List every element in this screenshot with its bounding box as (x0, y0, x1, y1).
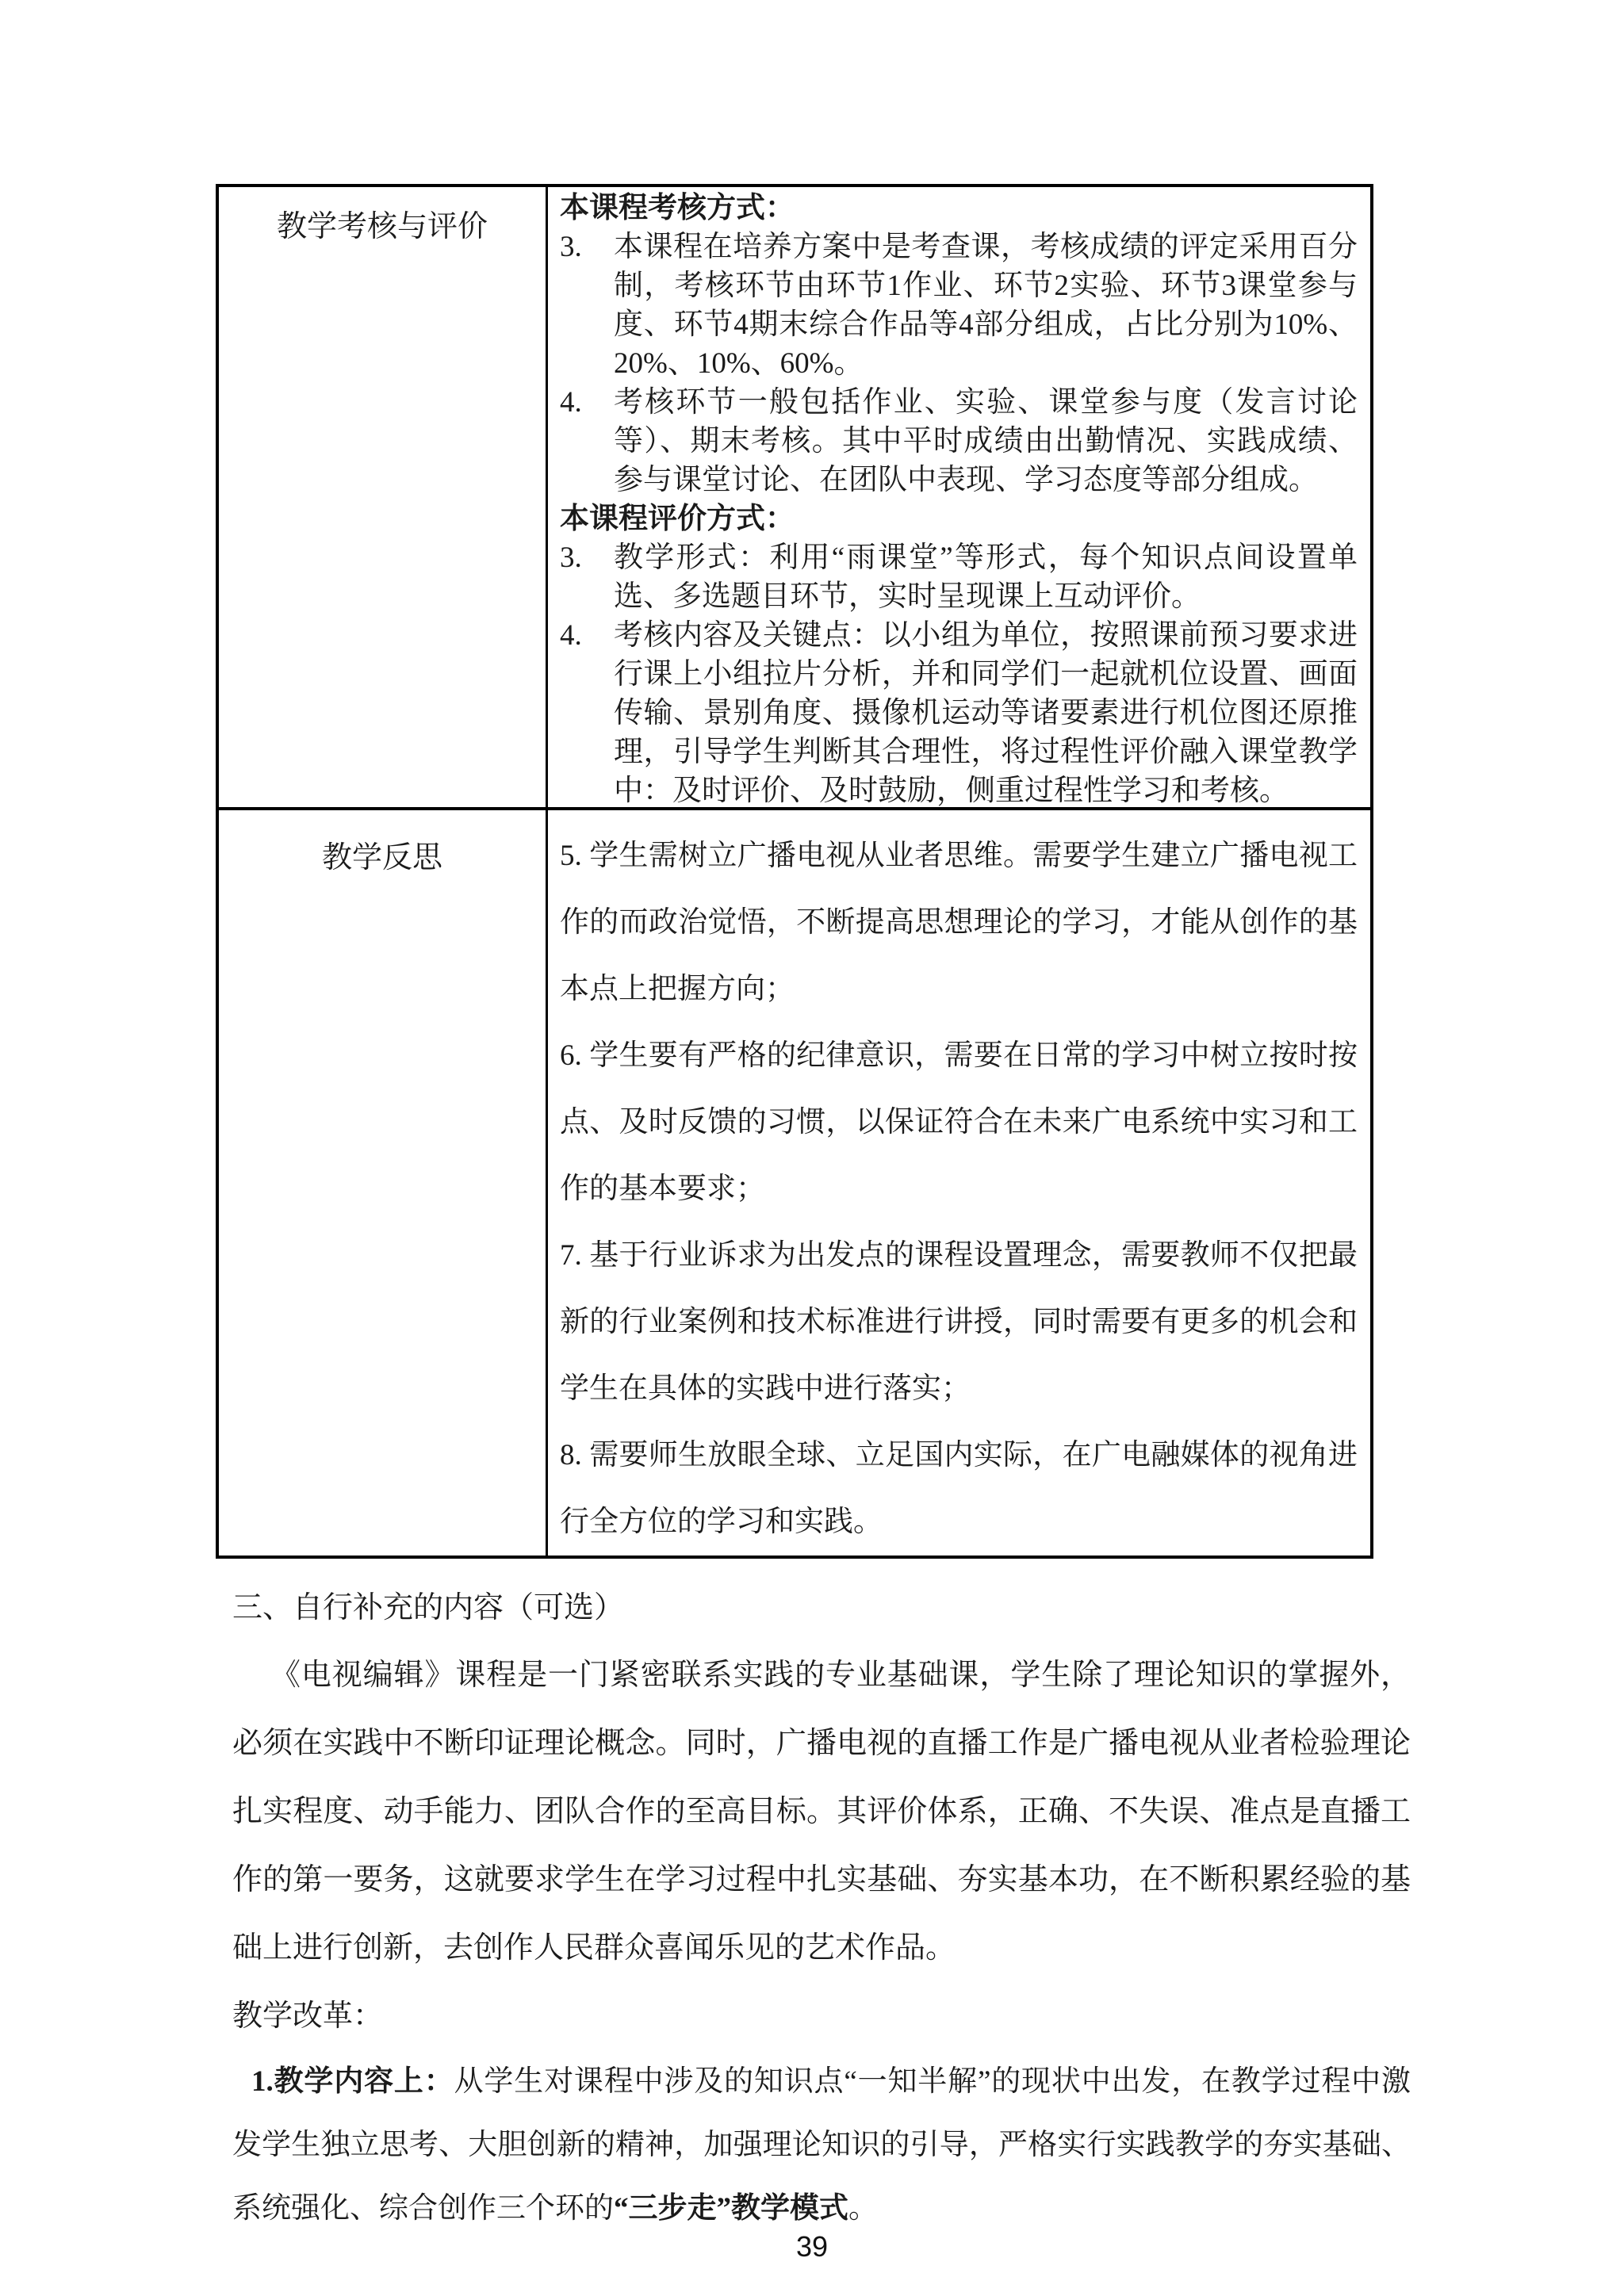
reform-item-bold-tail: “三步走”教学模式 (614, 2192, 848, 2225)
reflection-paragraph: 5. 学生需树立广播电视从业者思维。需要学生建立广播电视工作的而政治觉悟，不断提… (560, 823, 1358, 1023)
section-paragraph: 《电视编辑》课程是一门紧密联系实践的专业基础课，学生除了理论知识的掌握外，必须在… (232, 1641, 1411, 1982)
list-item-text: 考核内容及关键点：以小组为单位，按照课前预习要求进行课上小组拉片分析，并和同学们… (614, 616, 1358, 807)
table-row-assessment: 教学考核与评价 本课程考核方式： 3. 本课程在培养方案中是考查课，考核成绩的评… (219, 187, 1370, 810)
course-assessment-table: 教学考核与评价 本课程考核方式： 3. 本课程在培养方案中是考查课，考核成绩的评… (216, 184, 1373, 1559)
list-item: 4. 考核内容及关键点：以小组为单位，按照课前预习要求进行课上小组拉片分析，并和… (560, 616, 1358, 807)
reflection-paragraph: 8. 需要师生放眼全球、立足国内实际，在广电融媒体的视角进行全方位的学习和实践。 (560, 1422, 1358, 1556)
table-label-reflection: 教学反思 (219, 810, 548, 1556)
reform-item-period: 。 (848, 2192, 878, 2225)
table-content-assessment: 本课程考核方式： 3. 本课程在培养方案中是考查课，考核成绩的评定采用百分制，考… (548, 187, 1370, 807)
list-item-text: 考核环节一般包括作业、实验、课堂参与度（发言讨论等）、期末考核。其中平时成绩由出… (614, 383, 1358, 499)
list-item-number: 4. (560, 616, 614, 807)
list-item-text: 教学形式：利用“雨课堂”等形式，每个知识点间设置单选、多选题目环节，实时呈现课上… (614, 538, 1358, 616)
assessment-method-heading: 本课程考核方式： (560, 189, 1358, 228)
reflection-label-text: 教学反思 (322, 841, 442, 874)
page-number: 39 (0, 2225, 1624, 2269)
list-item: 3. 本课程在培养方案中是考查课，考核成绩的评定采用百分制，考核环节由环节1作业… (560, 228, 1358, 383)
table-label-assessment: 教学考核与评价 (219, 187, 548, 807)
table-content-reflection: 5. 学生需树立广播电视从业者思维。需要学生建立广播电视工作的而政治觉悟，不断提… (548, 810, 1370, 1556)
list-item: 3. 教学形式：利用“雨课堂”等形式，每个知识点间设置单选、多选题目环节，实时呈… (560, 538, 1358, 616)
teaching-reform-item: 1.教学内容上：从学生对课程中涉及的知识点“一知半解”的现状中出发，在教学过程中… (232, 2050, 1411, 2241)
evaluation-method-heading: 本课程评价方式： (560, 499, 1358, 538)
supplementary-section: 三、自行补充的内容（可选） 《电视编辑》课程是一门紧密联系实践的专业基础课，学生… (232, 1582, 1411, 2241)
list-item-number: 3. (560, 538, 614, 616)
reflection-paragraph: 6. 学生要有严格的纪律意识，需要在日常的学习中树立按时按点、及时反馈的习惯，以… (560, 1023, 1358, 1223)
list-item-number: 3. (560, 228, 614, 383)
list-item-text: 本课程在培养方案中是考查课，考核成绩的评定采用百分制，考核环节由环节1作业、环节… (614, 228, 1358, 383)
document-page: 教学考核与评价 本课程考核方式： 3. 本课程在培养方案中是考查课，考核成绩的评… (0, 0, 1624, 2296)
assessment-label-text: 教学考核与评价 (277, 210, 488, 243)
section-title: 三、自行补充的内容（可选） (232, 1582, 1411, 1633)
list-item-number: 4. (560, 383, 614, 499)
reform-item-bold-lead: 1.教学内容上： (251, 2065, 454, 2098)
teaching-reform-label: 教学改革： (232, 1982, 1411, 2050)
reflection-paragraph: 7. 基于行业诉求为出发点的课程设置理念，需要教师不仅把最新的行业案例和技术标准… (560, 1223, 1358, 1422)
list-item: 4. 考核环节一般包括作业、实验、课堂参与度（发言讨论等）、期末考核。其中平时成… (560, 383, 1358, 499)
table-row-reflection: 教学反思 5. 学生需树立广播电视从业者思维。需要学生建立广播电视工作的而政治觉… (219, 810, 1370, 1556)
